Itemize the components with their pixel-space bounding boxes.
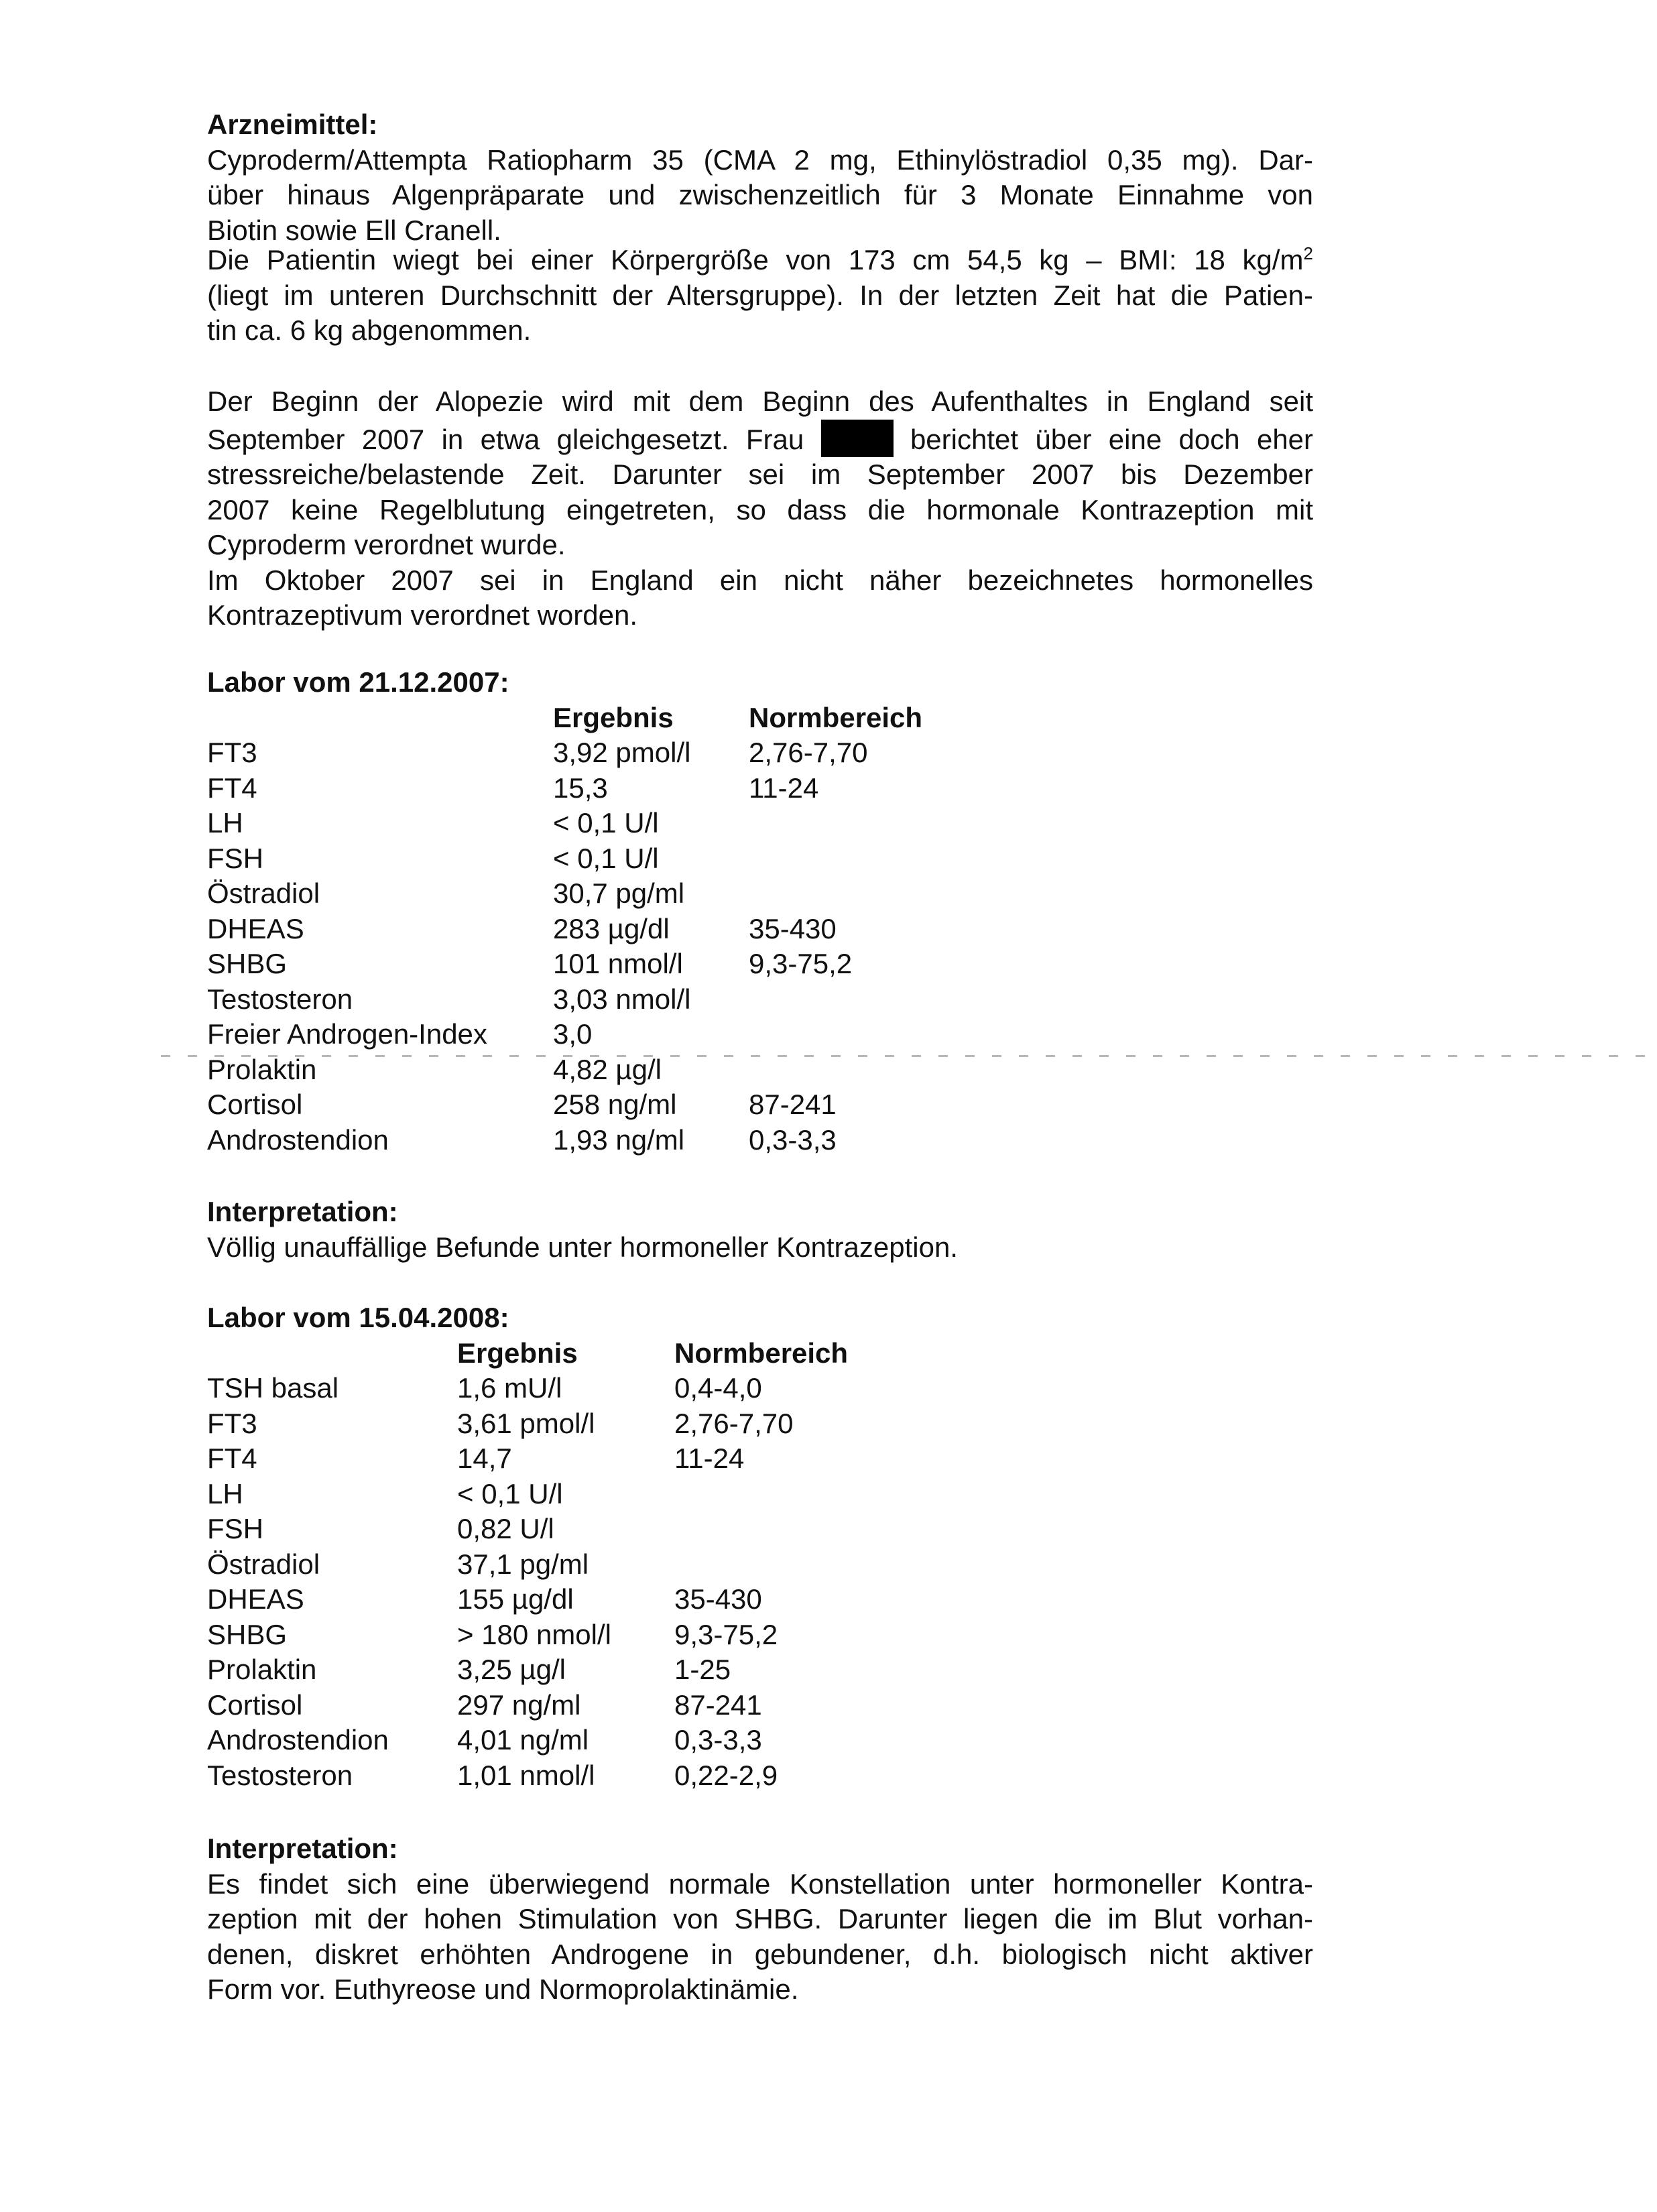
lab-row: Cortisol297 ng/ml87-241 xyxy=(207,1688,944,1723)
lab-normal-range: 0,22-2,9 xyxy=(674,1758,778,1794)
lab-row: Cortisol258 ng/ml87-241 xyxy=(207,1087,1011,1123)
lab-row: FT415,311-24 xyxy=(207,771,1011,806)
lab-row: FT414,711-24 xyxy=(207,1441,944,1477)
lab-row: Androstendion4,01 ng/ml0,3-3,3 xyxy=(207,1723,944,1758)
lab-result: 1,01 nmol/l xyxy=(457,1758,595,1794)
history-line: Im Oktober 2007 sei in England ein nicht… xyxy=(207,563,1313,599)
body-stats-line: tin ca. 6 kg abgenommen. xyxy=(207,313,1313,349)
lab-row: Östradiol30,7 pg/ml xyxy=(207,876,1011,912)
lab-row: Testosteron3,03 nmol/l xyxy=(207,982,1011,1018)
lab-rows: FT33,92 pmol/l2,76-7,70FT415,311-24LH< 0… xyxy=(207,735,1011,1158)
history-line: 2007 keine Regelblutung eingetreten, so … xyxy=(207,493,1313,528)
history-paragraph: Der Beginn der Alopezie wird mit dem Beg… xyxy=(207,384,1313,633)
lab-result: 283 µg/dl xyxy=(553,912,670,947)
lab-row: Prolaktin3,25 µg/l1-25 xyxy=(207,1652,944,1688)
history-line: stressreiche/belastende Zeit. Darunter s… xyxy=(207,457,1313,493)
lab-parameter-name: FT4 xyxy=(207,1441,257,1477)
lab-result: < 0,1 U/l xyxy=(553,841,659,877)
lab-column-header-row: Ergebnis Normbereich xyxy=(207,700,1011,736)
interpretation-line: denen, diskret erhöhten Androgene in geb… xyxy=(207,1937,1313,1973)
lab-rows: TSH basal1,6 mU/l0,4-4,0FT33,61 pmol/l2,… xyxy=(207,1371,944,1793)
lab-result: 1,93 ng/ml xyxy=(553,1123,684,1158)
lab-parameter-name: Androstendion xyxy=(207,1723,389,1758)
lab-result: 1,6 mU/l xyxy=(457,1371,562,1406)
medication-line: über hinaus Algenpräparate und zwischenz… xyxy=(207,178,1313,213)
lab-parameter-name: Prolaktin xyxy=(207,1052,316,1088)
lab-result: < 0,1 U/l xyxy=(457,1477,563,1512)
lab-parameter-name: SHBG xyxy=(207,946,287,982)
lab-parameter-name: TSH basal xyxy=(207,1371,339,1406)
lab-result: 258 ng/ml xyxy=(553,1087,676,1123)
lab-normal-range: 9,3-75,2 xyxy=(674,1617,778,1653)
lab-normal-range: 1-25 xyxy=(674,1652,731,1688)
body-stats-line: (liegt im unteren Durchschnitt der Alter… xyxy=(207,278,1313,314)
lab-column-header-row: Ergebnis Normbereich xyxy=(207,1336,944,1371)
lab-parameter-name: FT3 xyxy=(207,735,257,771)
medication-line: Cyproderm/Attempta Ratiopharm 35 (CMA 2 … xyxy=(207,143,1313,178)
interpretation-1: Interpretation: Völlig unauffällige Befu… xyxy=(207,1194,1313,1265)
lab-result: 155 µg/dl xyxy=(457,1582,574,1617)
lab-normal-range: 87-241 xyxy=(749,1087,837,1123)
lab-row: DHEAS155 µg/dl35-430 xyxy=(207,1582,944,1617)
interpretation-heading: Interpretation: xyxy=(207,1194,1313,1230)
interpretation-text: Völlig unauffällige Befunde unter hormon… xyxy=(207,1230,1313,1266)
lab-row: FSH< 0,1 U/l xyxy=(207,841,1011,877)
scan-artifact-line xyxy=(161,1055,1657,1057)
lab-row: LH< 0,1 U/l xyxy=(207,1477,944,1512)
lab-parameter-name: Testosteron xyxy=(207,982,353,1018)
lab-row: TSH basal1,6 mU/l0,4-4,0 xyxy=(207,1371,944,1406)
lab-result: 4,01 ng/ml xyxy=(457,1723,589,1758)
lab-result: > 180 nmol/l xyxy=(457,1617,611,1653)
column-header-range: Normbereich xyxy=(674,1336,848,1371)
history-line: Der Beginn der Alopezie wird mit dem Beg… xyxy=(207,384,1313,420)
column-header-range: Normbereich xyxy=(749,700,922,736)
body-stats-paragraph: Die Patientin wiegt bei einer Körpergröß… xyxy=(207,243,1313,349)
history-line: Cyproderm verordnet wurde. xyxy=(207,528,1313,563)
lab-normal-range: 35-430 xyxy=(674,1582,762,1617)
lab-normal-range: 11-24 xyxy=(749,771,818,806)
interpretation-2: Interpretation: Es findet sich eine über… xyxy=(207,1831,1313,2008)
history-line: September 2007 in etwa gleichgesetzt. Fr… xyxy=(207,420,1313,458)
interpretation-line: zeption mit der hohen Stimulation von SH… xyxy=(207,1902,1313,1937)
lab-parameter-name: Testosteron xyxy=(207,1758,353,1794)
lab-row: Prolaktin4,82 µg/l xyxy=(207,1052,1011,1088)
lab-row: Testosteron1,01 nmol/l0,22-2,9 xyxy=(207,1758,944,1794)
lab-row: FT33,92 pmol/l2,76-7,70 xyxy=(207,735,1011,771)
lab-parameter-name: Freier Androgen-Index xyxy=(207,1017,487,1052)
lab-parameter-name: FT3 xyxy=(207,1406,257,1442)
interpretation-line: Es findet sich eine überwiegend normale … xyxy=(207,1867,1313,1902)
lab-parameter-name: LH xyxy=(207,806,243,841)
lab-normal-range: 0,3-3,3 xyxy=(749,1123,837,1158)
lab-parameter-name: Östradiol xyxy=(207,1547,320,1583)
lab-heading-row: Labor vom 21.12.2007: xyxy=(207,665,1011,700)
lab-table-2007: Labor vom 21.12.2007: Ergebnis Normberei… xyxy=(207,665,1011,1158)
lab-result: 3,92 pmol/l xyxy=(553,735,690,771)
lab-normal-range: 0,4-4,0 xyxy=(674,1371,762,1406)
medication-section: Arzneimittel: Cyproderm/Attempta Ratioph… xyxy=(207,107,1313,248)
lab-result: 30,7 pg/ml xyxy=(553,876,684,912)
lab-normal-range: 9,3-75,2 xyxy=(749,946,852,982)
lab-parameter-name: FT4 xyxy=(207,771,257,806)
lab-result: 3,03 nmol/l xyxy=(553,982,690,1018)
lab-normal-range: 2,76-7,70 xyxy=(749,735,867,771)
lab-parameter-name: LH xyxy=(207,1477,243,1512)
lab-row: Androstendion1,93 ng/ml0,3-3,3 xyxy=(207,1123,1011,1158)
interpretation-line: Form vor. Euthyreose und Normoprolaktinä… xyxy=(207,1972,1313,2008)
lab-normal-range: 87-241 xyxy=(674,1688,762,1723)
lab-row: Östradiol37,1 pg/ml xyxy=(207,1547,944,1583)
lab-row: SHBG> 180 nmol/l9,3-75,2 xyxy=(207,1617,944,1653)
redacted-name-block xyxy=(821,420,894,457)
lab-normal-range: 11-24 xyxy=(674,1441,744,1477)
lab-row: FT33,61 pmol/l2,76-7,70 xyxy=(207,1406,944,1442)
lab-row: DHEAS283 µg/dl35-430 xyxy=(207,912,1011,947)
lab-result: 4,82 µg/l xyxy=(553,1052,662,1088)
history-line: Kontrazeptivum verordnet worden. xyxy=(207,598,1313,633)
lab-parameter-name: SHBG xyxy=(207,1617,287,1653)
lab-row: Freier Androgen-Index3,0 xyxy=(207,1017,1011,1052)
lab-result: 3,25 µg/l xyxy=(457,1652,566,1688)
lab-heading: Labor vom 21.12.2007: xyxy=(207,665,509,700)
lab-result: 37,1 pg/ml xyxy=(457,1547,589,1583)
lab-normal-range: 2,76-7,70 xyxy=(674,1406,793,1442)
lab-result: 3,0 xyxy=(553,1017,592,1052)
lab-normal-range: 35-430 xyxy=(749,912,837,947)
lab-row: FSH0,82 U/l xyxy=(207,1512,944,1547)
lab-parameter-name: FSH xyxy=(207,841,263,877)
lab-heading-row: Labor vom 15.04.2008: xyxy=(207,1300,944,1336)
lab-result: 15,3 xyxy=(553,771,608,806)
interpretation-heading: Interpretation: xyxy=(207,1831,1313,1867)
lab-row: LH< 0,1 U/l xyxy=(207,806,1011,841)
column-header-result: Ergebnis xyxy=(457,1336,578,1371)
lab-parameter-name: DHEAS xyxy=(207,912,304,947)
lab-parameter-name: Östradiol xyxy=(207,876,320,912)
lab-result: 101 nmol/l xyxy=(553,946,683,982)
lab-result: < 0,1 U/l xyxy=(553,806,659,841)
lab-parameter-name: Cortisol xyxy=(207,1087,302,1123)
column-header-result: Ergebnis xyxy=(553,700,674,736)
lab-result: 297 ng/ml xyxy=(457,1688,580,1723)
lab-parameter-name: Prolaktin xyxy=(207,1652,316,1688)
medication-heading: Arzneimittel: xyxy=(207,107,1313,143)
lab-result: 14,7 xyxy=(457,1441,512,1477)
body-stats-line: Die Patientin wiegt bei einer Körpergröß… xyxy=(207,243,1313,278)
lab-heading: Labor vom 15.04.2008: xyxy=(207,1300,509,1336)
lab-table-2008: Labor vom 15.04.2008: Ergebnis Normberei… xyxy=(207,1300,944,1793)
lab-parameter-name: Cortisol xyxy=(207,1688,302,1723)
lab-parameter-name: DHEAS xyxy=(207,1582,304,1617)
lab-parameter-name: Androstendion xyxy=(207,1123,389,1158)
lab-row: SHBG101 nmol/l9,3-75,2 xyxy=(207,946,1011,982)
scanned-document-page: Arzneimittel: Cyproderm/Attempta Ratioph… xyxy=(0,0,1657,2212)
lab-normal-range: 0,3-3,3 xyxy=(674,1723,762,1758)
lab-result: 0,82 U/l xyxy=(457,1512,554,1547)
lab-parameter-name: FSH xyxy=(207,1512,263,1547)
lab-result: 3,61 pmol/l xyxy=(457,1406,595,1442)
